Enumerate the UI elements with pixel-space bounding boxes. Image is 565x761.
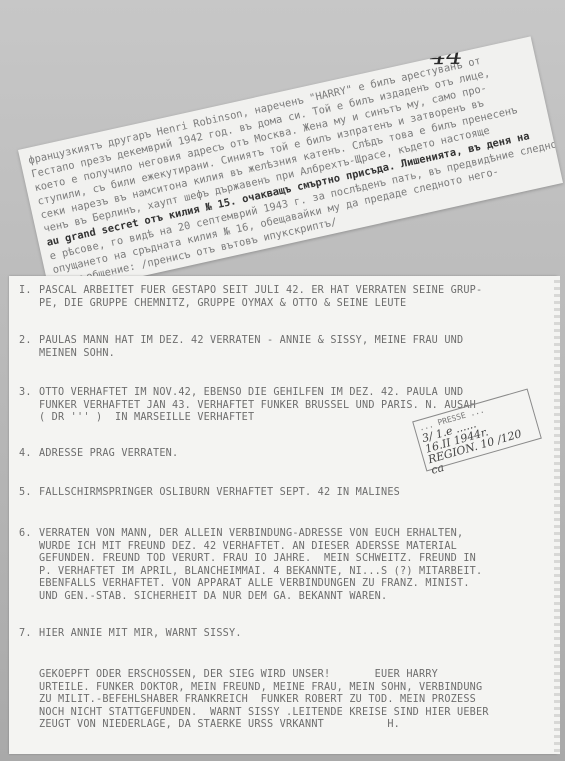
list-item-6: 6.VERRATEN VON MANN, DER ALLEIN VERBINDU…: [19, 528, 549, 604]
typed-document-page: I.PASCAL ARBEITET FUER GESTAPO SEIT JULI…: [9, 276, 557, 754]
list-item-2: 2.PAULAS MANN HAT IM DEZ. 42 VERRATEN - …: [19, 335, 549, 360]
list-item-5: 5.FALLSCHIRMSPRINGER OSLIBURN VERHAFTET …: [19, 487, 549, 500]
closing-message: GEKOEPFT ODER ERSCHOSSEN, DER SIEG WIRD …: [19, 669, 549, 732]
list-item-7: 7.HIER ANNIE MIT MIR, WARNT SISSY.: [19, 628, 549, 641]
torn-edge: [554, 276, 560, 754]
list-item-1: I.PASCAL ARBEITET FUER GESTAPO SEIT JULI…: [19, 285, 549, 310]
